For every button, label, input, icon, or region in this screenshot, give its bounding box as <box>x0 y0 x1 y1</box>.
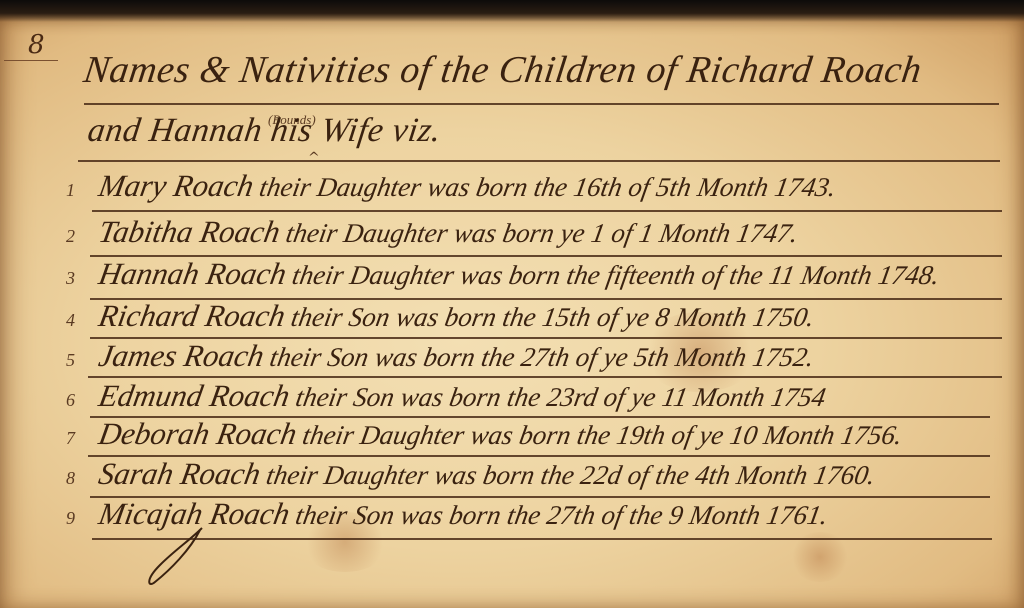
child-name: Tabitha Roach <box>96 214 283 249</box>
entry-text: their Son was born the 15th of ye 8 Mont… <box>289 302 817 332</box>
pen-flourish-icon <box>140 500 220 590</box>
entry-number: 1 <box>66 180 75 201</box>
entry-number: 9 <box>66 508 75 529</box>
entry-text: their Son was born the 23rd of ye 11 Mon… <box>293 382 828 412</box>
heading-line-1: Names & Nativities of the Children of Ri… <box>81 48 925 92</box>
child-name: Hannah Roach <box>96 256 289 291</box>
child-name: Sarah Roach <box>96 456 263 491</box>
entry-text: their Daughter was born the 22d of the 4… <box>264 460 878 490</box>
entry-number: 7 <box>66 428 75 449</box>
heading-line-2: and Hannah his Wife viz. <box>85 112 443 150</box>
birth-entry: 2 Tabitha Roach their Daughter was born … <box>0 214 1024 254</box>
entry-text: their Son was born the 27th of the 9 Mon… <box>293 500 830 530</box>
birth-entry: 8 Sarah Roach their Daughter was born th… <box>0 456 1024 496</box>
ruled-line <box>92 538 992 540</box>
birth-entry: 6 Edmund Roach their Son was born the 23… <box>0 378 1024 418</box>
child-name: Deborah Roach <box>96 416 299 451</box>
page-number: 8 <box>28 30 45 60</box>
birth-entry: 7 Deborah Roach their Daughter was born … <box>0 416 1024 456</box>
birth-entry: 5 James Roach their Son was born the 27t… <box>0 338 1024 378</box>
entry-text: their Daughter was born ye 1 of 1 Month … <box>284 218 801 248</box>
child-name: Edmund Roach <box>96 378 292 413</box>
child-name: Richard Roach <box>96 298 288 333</box>
entry-number: 2 <box>66 226 75 247</box>
book-top-edge <box>0 0 1024 22</box>
entry-text: their Daughter was born the 19th of ye 1… <box>300 420 905 450</box>
child-name: Mary Roach <box>96 168 256 203</box>
entry-text: their Daughter was born the fifteenth of… <box>290 260 942 290</box>
insertion-caret: ^ <box>308 150 320 166</box>
ruled-line <box>84 103 999 105</box>
entry-number: 8 <box>66 468 75 489</box>
child-name: James Roach <box>96 338 267 373</box>
entry-number: 3 <box>66 268 75 289</box>
birth-entry: 4 Richard Roach their Son was born the 1… <box>0 298 1024 338</box>
ruled-line <box>92 210 1002 212</box>
ruled-line <box>78 160 1000 162</box>
entry-number: 5 <box>66 350 75 371</box>
entry-number: 6 <box>66 390 75 411</box>
entry-number: 4 <box>66 310 75 331</box>
entry-text: their Son was born the 27th of ye 5th Mo… <box>268 342 817 372</box>
birth-entry: 1 Mary Roach their Daughter was born the… <box>0 168 1024 208</box>
page-number-rule <box>4 60 58 61</box>
entry-text: their Daughter was born the 16th of 5th … <box>257 172 838 202</box>
birth-entry: 3 Hannah Roach their Daughter was born t… <box>0 256 1024 296</box>
